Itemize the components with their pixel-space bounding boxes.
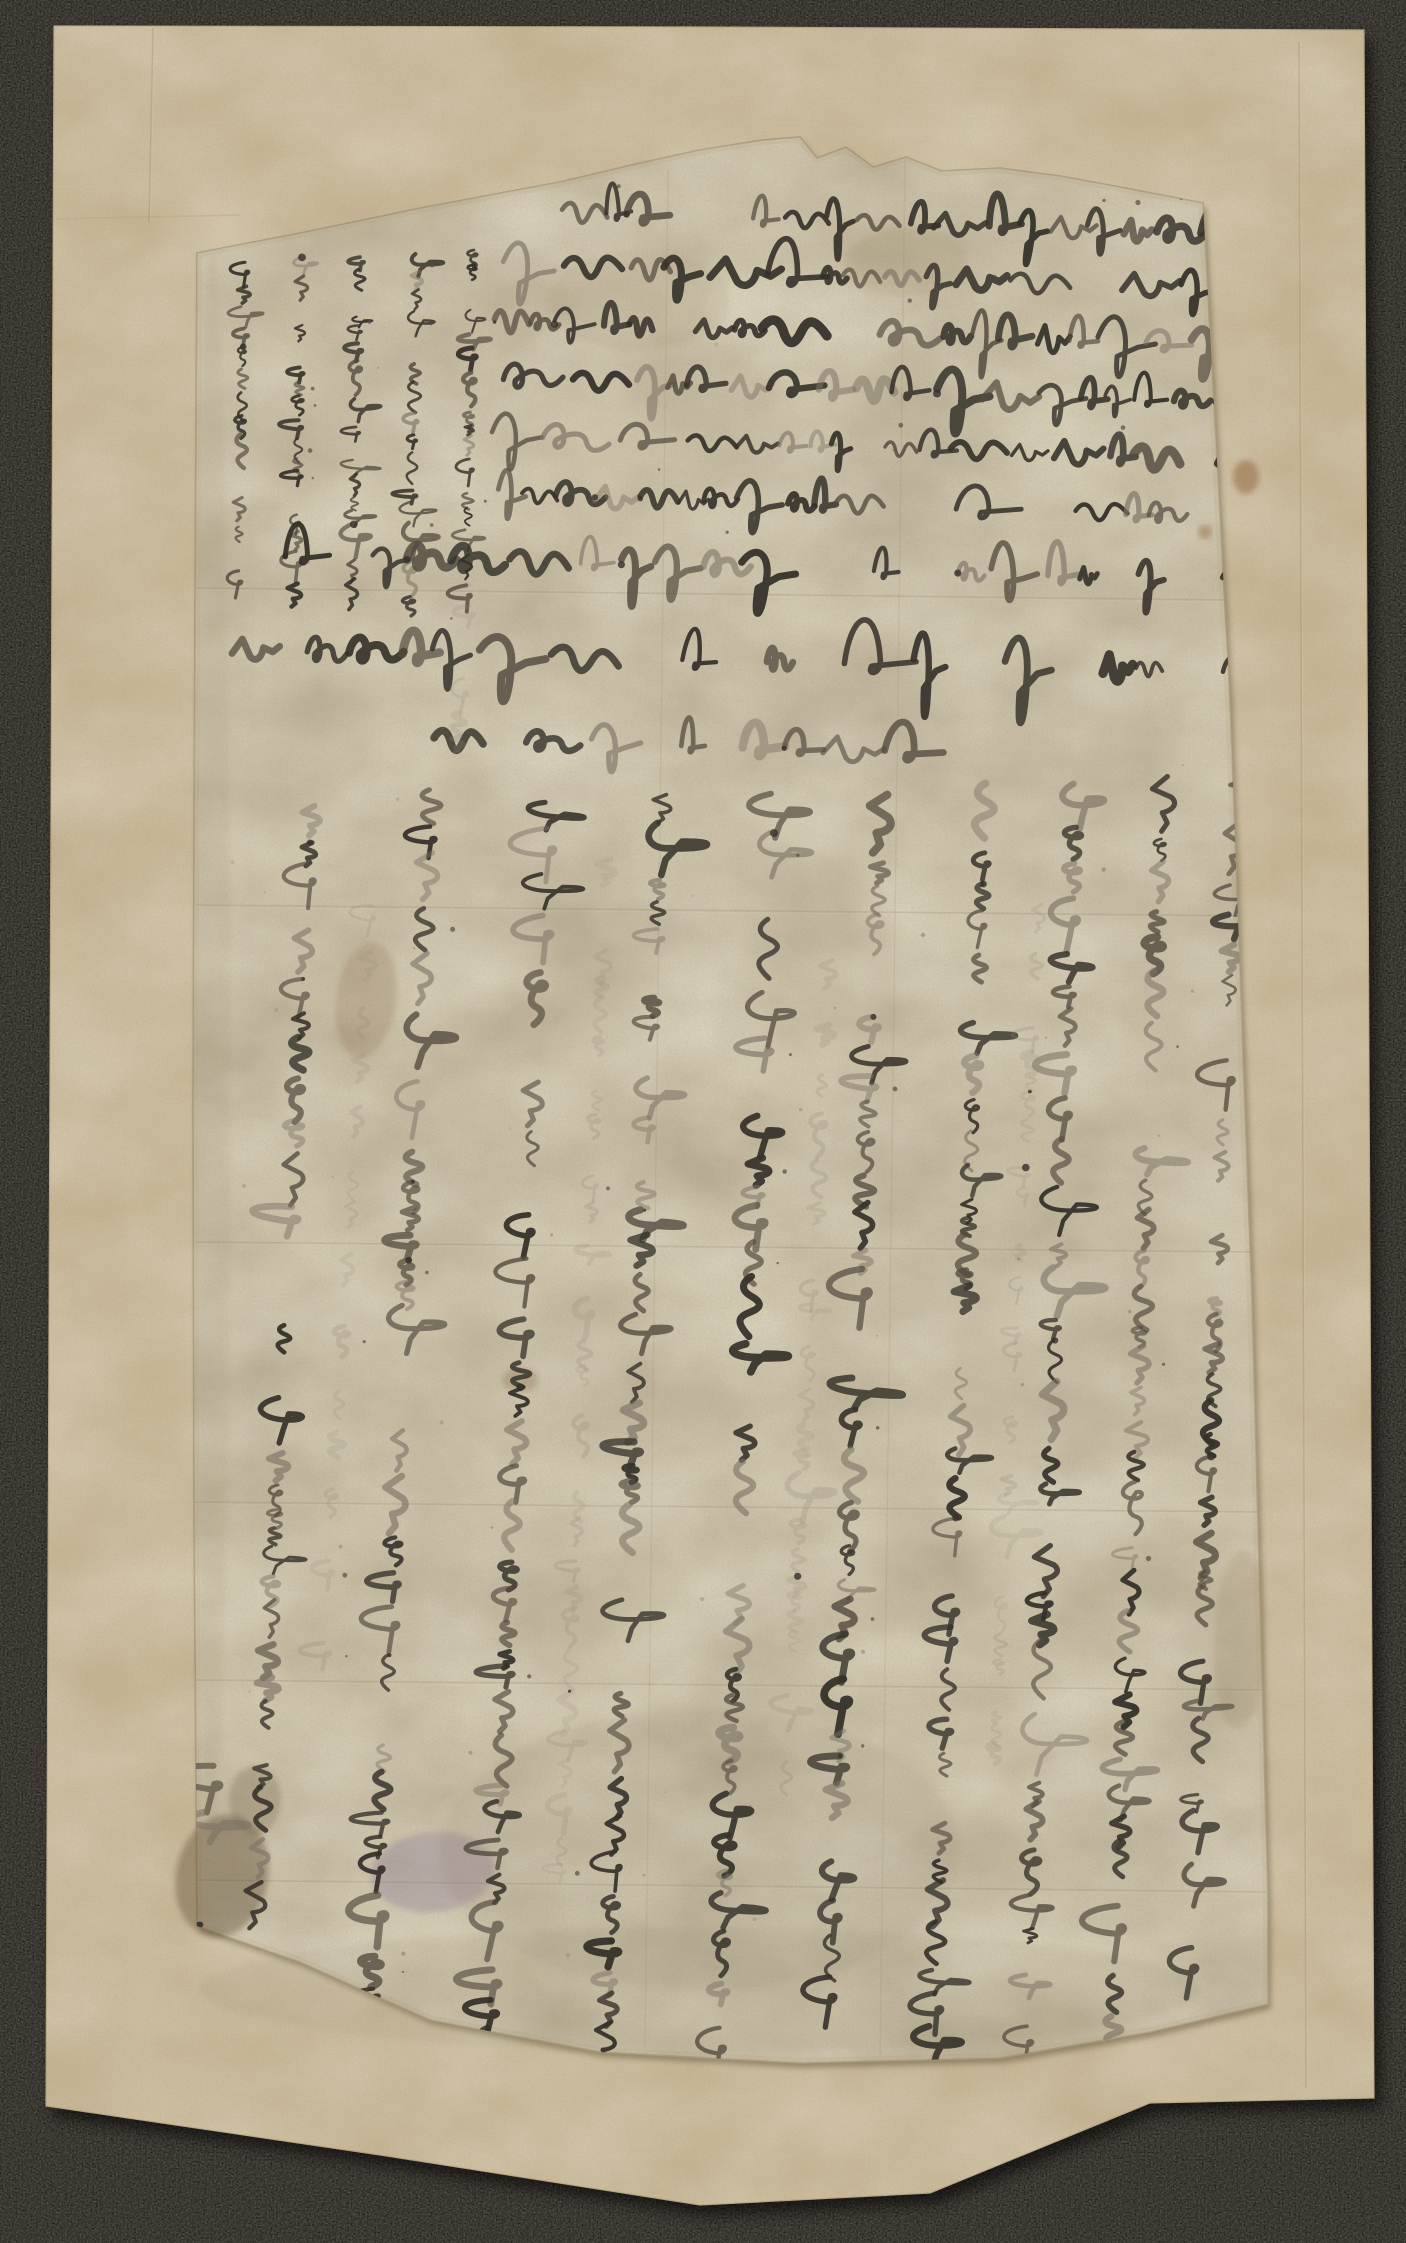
- center-toning: [440, 1710, 960, 1990]
- edge-toning-left: [194, 250, 230, 1850]
- fox-spot-small: [1198, 525, 1212, 539]
- scan-canvas: [0, 0, 1406, 2243]
- fox-spot-right: [1233, 460, 1259, 494]
- archival-manuscript-scan: [0, 0, 1406, 2243]
